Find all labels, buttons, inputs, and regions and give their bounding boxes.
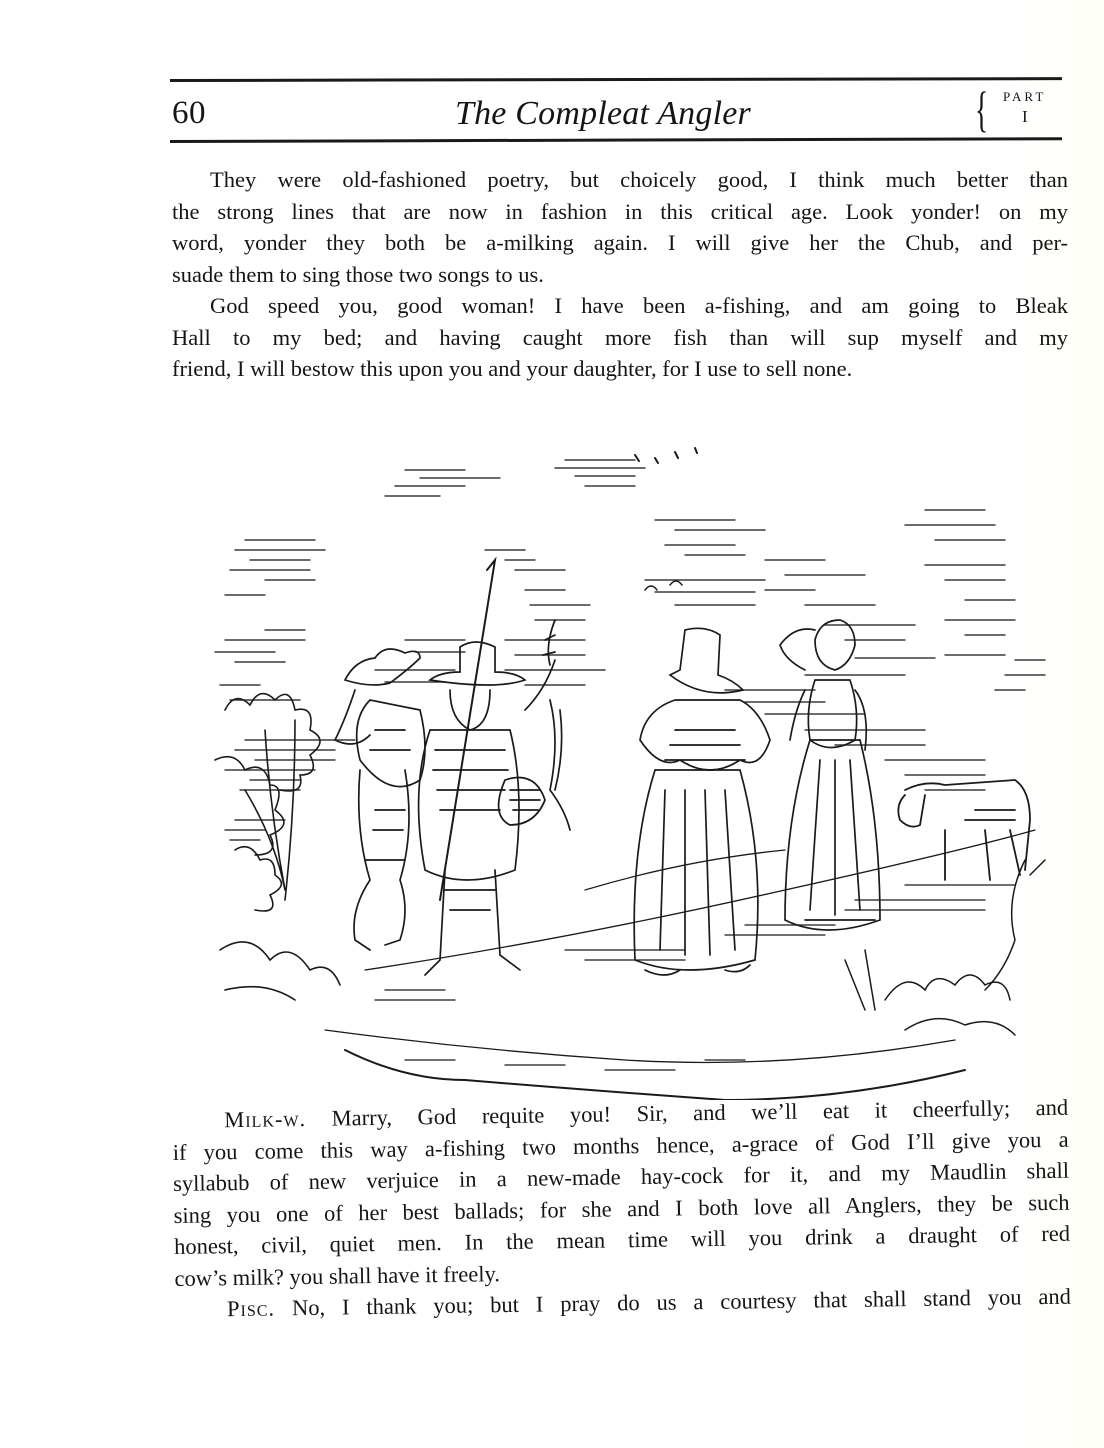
text-line: the strong lines that are now in fashion… <box>172 196 1068 228</box>
engraving-illustration <box>205 430 1065 1100</box>
paragraph-god-speed: God speed you, good woman! I have been a… <box>172 290 1068 385</box>
running-head: 60 The Compleat Angler { PART I <box>170 79 1062 143</box>
anglers-and-milkmaids-engraving <box>205 430 1065 1100</box>
text-line: God speed you, good woman! I have been a… <box>172 290 1068 322</box>
text-line: word, yonder they both be a-milking agai… <box>172 227 1068 259</box>
part-number: I <box>1022 107 1028 127</box>
plants-right <box>845 860 1045 1035</box>
part-label: PART <box>1003 89 1046 105</box>
curly-brace-icon: { <box>975 81 988 137</box>
header-top-rule <box>170 77 1062 82</box>
speaker-milk-woman: Milk-w. <box>224 1106 306 1132</box>
book-title: The Compleat Angler <box>455 93 751 135</box>
angler-with-fish <box>419 620 570 975</box>
angler-companion <box>335 649 425 950</box>
page-number: 60 <box>172 93 206 133</box>
milk-woman <box>634 628 770 975</box>
paragraph-milk-woman: Milk-w. Marry, God requite you! Sir, and… <box>172 1092 1071 1294</box>
header-bottom-rule <box>170 137 1062 143</box>
text-line: friend, I will bestow this upon you and … <box>172 353 1068 385</box>
cloud-hatching <box>215 460 1045 840</box>
book-page: 60 The Compleat Angler { PART I They wer… <box>0 0 1104 1448</box>
text-line: suade them to sing those two songs to us… <box>172 259 1068 291</box>
lower-text-block: Milk-w. Marry, God requite you! Sir, and… <box>172 1092 1071 1326</box>
text-line: They were old-fashioned poetry, but choi… <box>172 164 1068 196</box>
cow <box>898 780 1030 880</box>
part-indicator: { PART I <box>975 85 1065 137</box>
ground-hatching <box>325 830 1035 1100</box>
paragraph-they-were: They were old-fashioned poetry, but choi… <box>172 164 1068 290</box>
text-line: Hall to my bed; and having caught more f… <box>172 322 1068 354</box>
maudlin-daughter <box>780 620 880 930</box>
upper-text-block: They were old-fashioned poetry, but choi… <box>172 164 1068 385</box>
speaker-piscator: Pisc. <box>227 1295 275 1321</box>
